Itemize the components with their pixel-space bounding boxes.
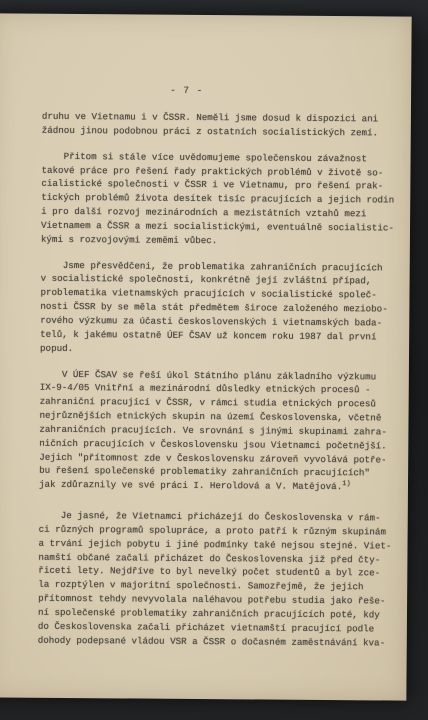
text-block: druhu ve Vietnamu i v ČSSR. Neměli jsme … <box>38 110 402 662</box>
scan-backdrop: - 7 - druhu ve Vietnamu i v ČSSR. Neměli… <box>0 0 428 720</box>
paragraph-1: druhu ve Vietnamu i v ČSSR. Neměli jsme … <box>42 110 402 141</box>
paragraph-2: Přitom si stále více uvědomujeme společe… <box>41 149 402 249</box>
footnote-reference: 1) <box>342 480 350 488</box>
paragraph-4: V ÚEF ČSAV se řeší úkol Státního plánu z… <box>39 367 400 494</box>
paragraph-5: Je jasné, že Vietnamci přicházejí do Čes… <box>38 509 399 650</box>
paragraph-3: Jsme přesvědčeni, že problematika zahran… <box>40 258 401 358</box>
page-number: - 7 - <box>170 85 203 96</box>
paragraph-4-body: V ÚEF ČSAV se řeší úkol Státního plánu z… <box>39 368 387 492</box>
document-page: - 7 - druhu ve Vietnamu i v ČSSR. Neměli… <box>0 13 412 700</box>
